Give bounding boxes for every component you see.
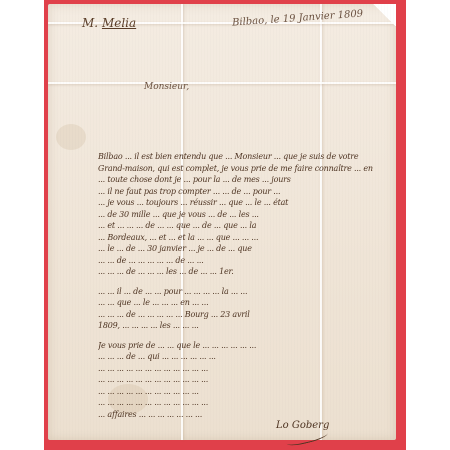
body-line: 1809, ... ... ... ... les ... ... ... xyxy=(98,321,390,333)
body-line: ... ... ... ... ... ... ... ... ... ... … xyxy=(98,375,390,387)
fold-line-horizontal xyxy=(48,82,396,84)
addressee-name: Melia xyxy=(102,16,136,30)
body-line: ... ... ... ... ... ... ... ... ... ... … xyxy=(98,398,390,410)
letter-paper: M. Melia Bilbao, le 19 Janvier 1809 Mons… xyxy=(48,4,396,440)
body-line: ... ... ... de ... ... ... les ... de ..… xyxy=(98,267,390,279)
addressee: M. Melia xyxy=(82,16,136,30)
torn-corner xyxy=(368,4,396,26)
body-line: ... toute chose dont je ... pour la ... … xyxy=(98,175,390,187)
body-line: ... ... il ... de ... ... pour ... ... .… xyxy=(98,287,390,299)
body-line: ... le ... de ... 30 janvier ... je ... … xyxy=(98,244,390,256)
body-line: ... ... ... ... ... ... ... ... ... ... … xyxy=(98,387,390,399)
salutation: Monsieur, xyxy=(144,82,189,92)
body-line: ... ... ... de ... qui ... ... ... ... .… xyxy=(98,352,390,364)
body-line: Je vous prie de ... ... que le ... ... .… xyxy=(98,341,390,353)
body-line: ... il ne faut pas trop compter ... ... … xyxy=(98,187,390,199)
addressee-prefix: M. xyxy=(82,16,98,30)
body-line: ... de 30 mille ... que je vous ... de .… xyxy=(98,210,390,222)
body-line: ... ... ... ... ... ... ... ... ... ... … xyxy=(98,364,390,376)
body-line: ... et ... ... ... de ... ... que ... de… xyxy=(98,221,390,233)
body-line: ... affaires ... ... ... ... ... ... ... xyxy=(98,410,390,422)
dateline: Bilbao, le 19 Janvier 1809 xyxy=(232,8,364,28)
body-line: Grand-maison, qui est complet, je vous p… xyxy=(98,164,390,176)
paper-stain xyxy=(56,124,86,150)
body-line: ... ... que ... le ... ... ... en ... ..… xyxy=(98,298,390,310)
body-line: ... Bordeaux, ... et ... et la ... ... q… xyxy=(98,233,390,245)
body-line: ... ... de ... ... ... ... ... de ... ..… xyxy=(98,256,390,268)
body-line: ... ... ... de ... ... ... ... ... Bourg… xyxy=(98,310,390,322)
body-line: ... je vous ... toujours ... réussir ...… xyxy=(98,198,390,210)
letter-body: Bilbao ... il est bien entendu que ... M… xyxy=(98,152,390,421)
body-line: Bilbao ... il est bien entendu que ... M… xyxy=(98,152,390,164)
